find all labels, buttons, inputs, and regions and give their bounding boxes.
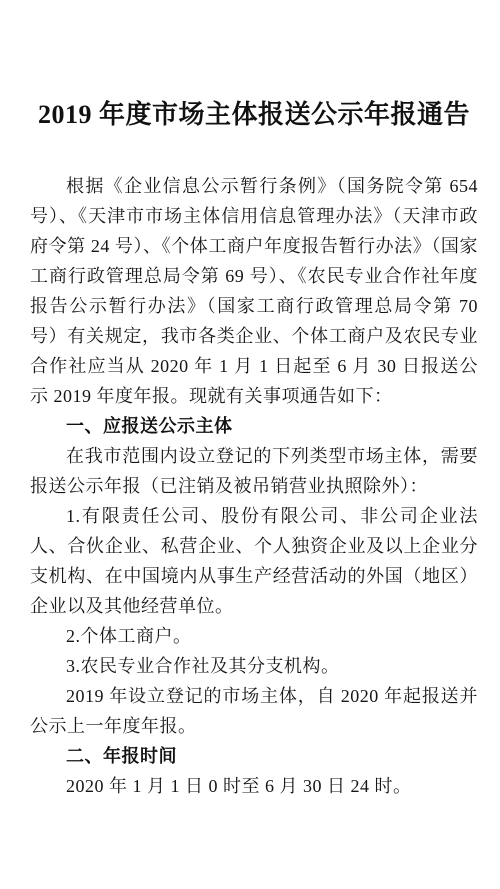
paragraph-report-period: 2020 年 1 月 1 日 0 时至 6 月 30 日 24 时。 <box>30 771 478 801</box>
paragraph-item-3: 3.农民专业合作社及其分支机构。 <box>30 651 478 681</box>
paragraph-item-1: 1.有限责任公司、股份有限公司、非公司企业法人、合伙企业、私营企业、个人独资企业… <box>30 501 478 621</box>
paragraph-legal-basis: 根据《企业信息公示暂行条例》（国务院令第 654 号）、《天津市市场主体信用信息… <box>30 171 478 411</box>
section-heading-1: 一、应报送公示主体 <box>30 411 478 441</box>
paragraph-scope-intro: 在我市范围内设立登记的下列类型市场主体，需要报送公示年报（已注销及被吊销营业执照… <box>30 441 478 501</box>
paragraph-new-entities: 2019 年设立登记的市场主体，自 2020 年起报送并公示上一年度年报。 <box>30 681 478 741</box>
section-heading-2: 二、年报时间 <box>30 741 478 771</box>
document-page: 2019 年度市场主体报送公示年报通告 根据《企业信息公示暂行条例》（国务院令第… <box>0 0 500 889</box>
doc-title: 2019 年度市场主体报送公示年报通告 <box>30 97 478 133</box>
paragraph-item-2: 2.个体工商户。 <box>30 621 478 651</box>
